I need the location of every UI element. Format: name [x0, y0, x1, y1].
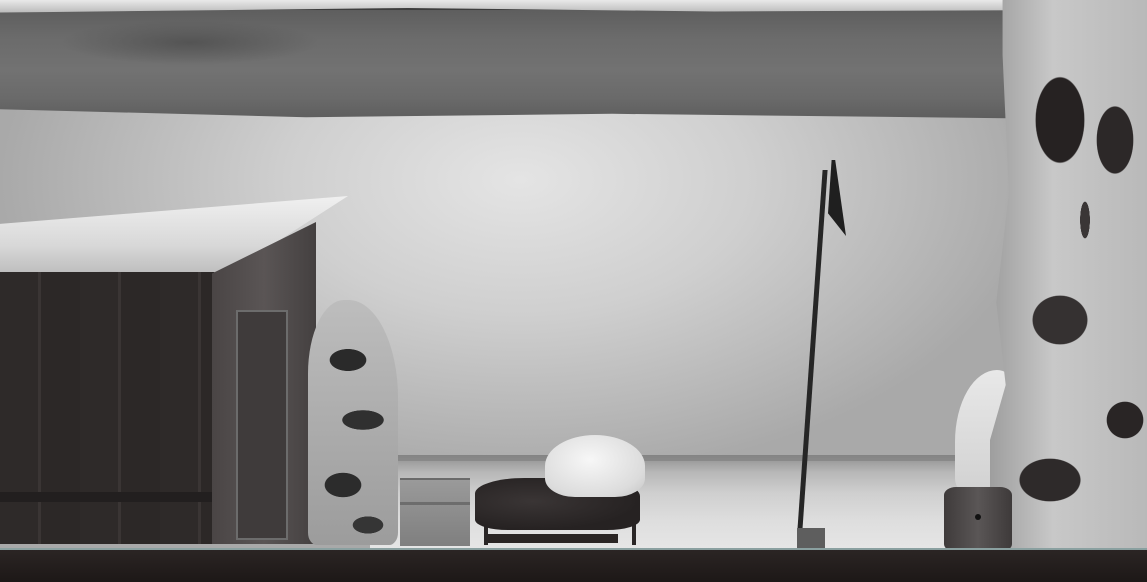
horizon-line: [370, 455, 970, 461]
wooden-crate: [400, 478, 470, 546]
sledge-runner: [488, 534, 618, 543]
sledge-snow-bundle: [545, 435, 645, 497]
flag-icon: [828, 160, 846, 236]
hut-door: [236, 310, 288, 540]
rock-left: [308, 300, 398, 545]
stage-floor: [0, 548, 1147, 582]
hut-front-wall: [0, 272, 217, 544]
flagpole-base: [797, 528, 825, 548]
barrel-bunghole: [975, 514, 981, 520]
hut-base: [0, 492, 212, 502]
rock-wall-right: [990, 0, 1147, 550]
stage-photograph: [0, 0, 1147, 582]
valance-shading: [60, 20, 320, 65]
